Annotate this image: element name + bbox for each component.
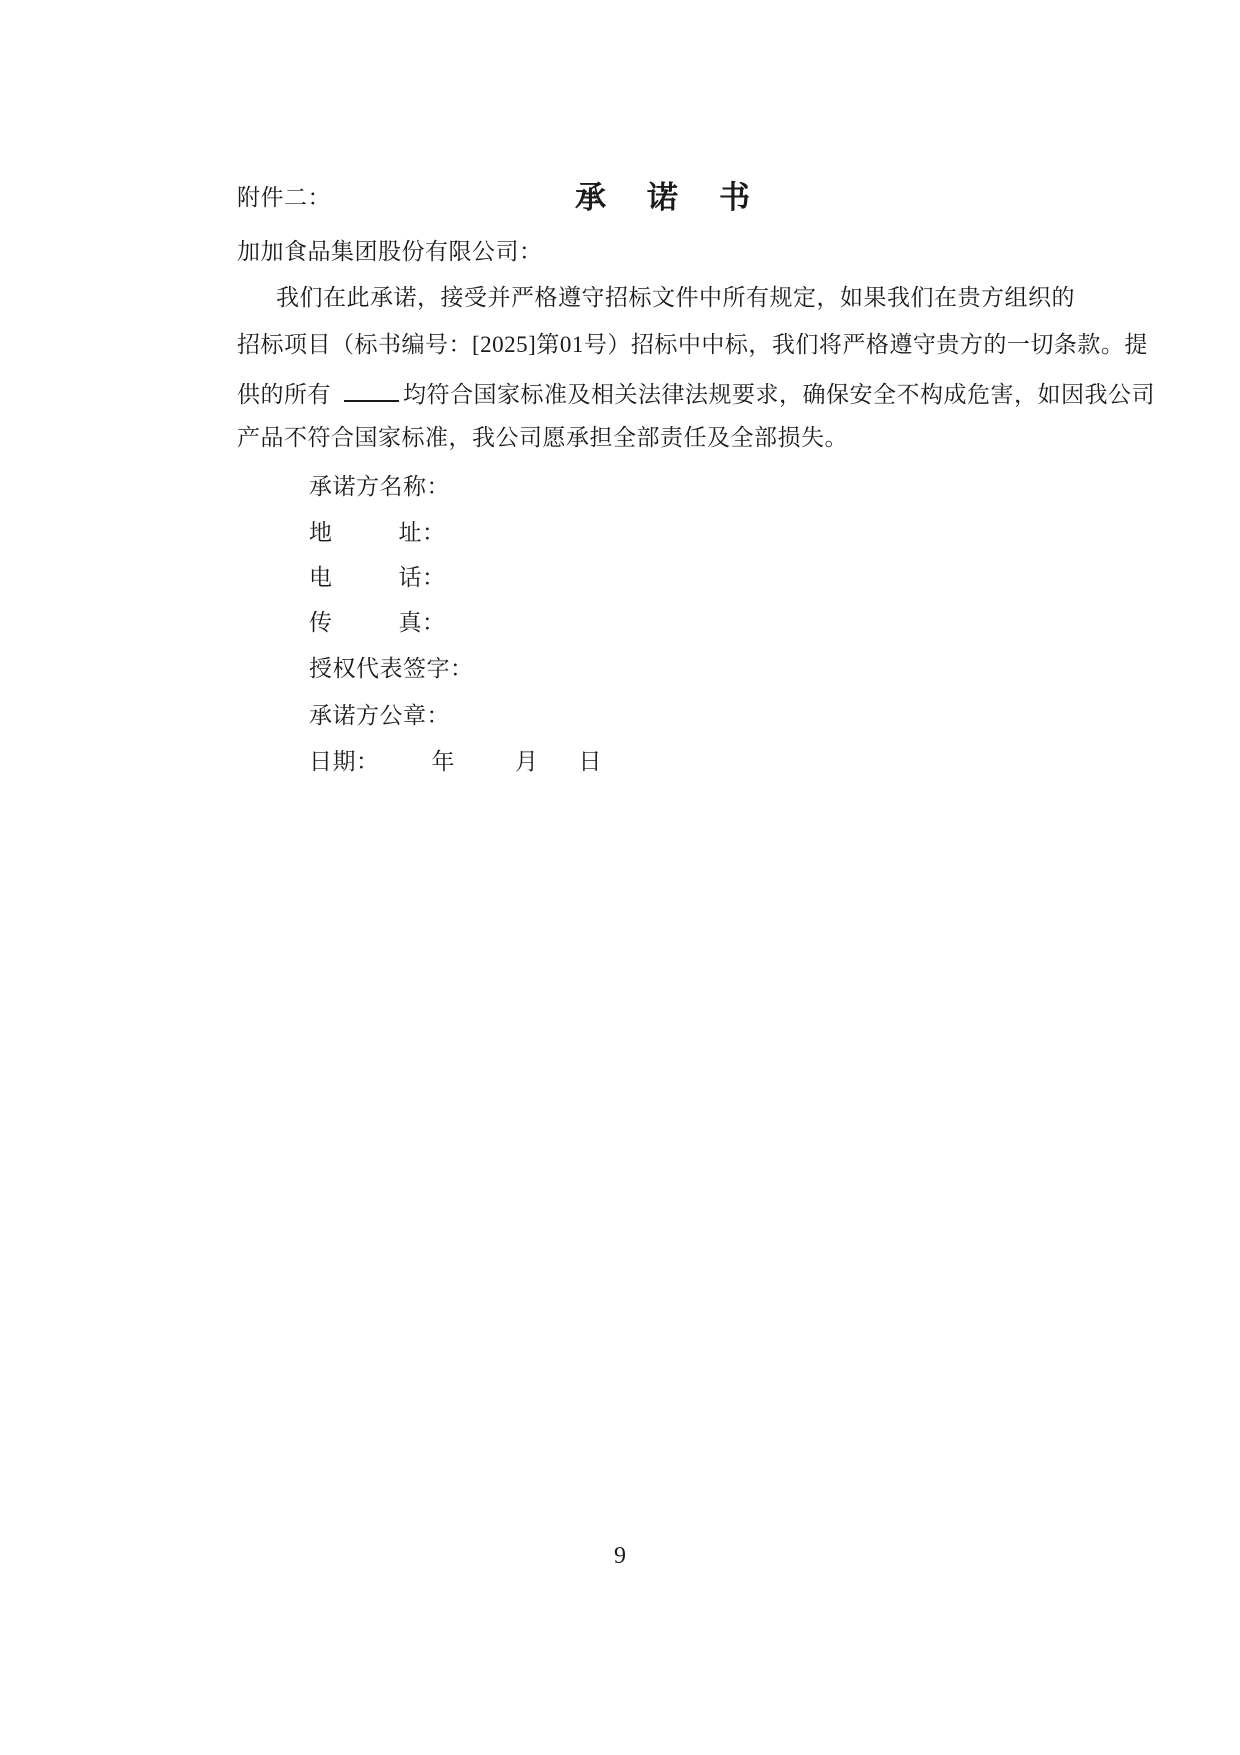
field-phone-label-post: 话： (399, 565, 446, 590)
field-fax-label-post: 真： (399, 610, 446, 635)
fill-in-blank-underline (344, 377, 399, 402)
field-phone-label-pre: 电 (309, 565, 333, 590)
date-day-label: 日 (579, 749, 603, 774)
field-fax-label-pre: 传 (309, 610, 333, 635)
date-label: 日期： (309, 749, 380, 774)
document-page: 附件二： 承诺书 加加食品集团股份有限公司： 我们在此承诺，接受并严格遵守招标文… (0, 0, 1240, 1755)
paragraph-line-3-after: 均符合国家标准及相关法律法规要求，确保安全不构成危害，如因我公司 (403, 382, 1155, 407)
paragraph-line-3-before: 供的所有 (237, 382, 331, 407)
date-year-label: 年 (432, 749, 456, 774)
field-address-label: 地址： (309, 518, 446, 548)
field-address-label-pre: 地 (309, 520, 333, 545)
field-fax-label: 传真： (309, 608, 446, 638)
field-date-row: 日期：年月日 (309, 747, 602, 777)
field-phone-label: 电话： (309, 563, 446, 593)
recipient-line: 加加食品集团股份有限公司： (237, 237, 543, 267)
paragraph-line-3: 供的所有均符合国家标准及相关法律法规要求，确保安全不构成危害，如因我公司 (237, 377, 1155, 410)
field-address-label-post: 址： (399, 520, 446, 545)
field-official-seal-label: 承诺方公章： (309, 701, 450, 731)
document-title: 承诺书 (575, 172, 791, 217)
field-promisor-name-label: 承诺方名称： (309, 472, 450, 502)
page-number: 9 (0, 1543, 1240, 1570)
field-authorized-signature-label: 授权代表签字： (309, 654, 474, 684)
attachment-label: 附件二： (237, 183, 331, 213)
paragraph-line-1: 我们在此承诺，接受并严格遵守招标文件中所有规定，如果我们在贵方组织的 (276, 283, 1075, 313)
paragraph-line-2: 招标项目（标书编号：[2025]第01号）招标中中标，我们将严格遵守贵方的一切条… (237, 330, 1148, 360)
paragraph-line-4: 产品不符合国家标准，我公司愿承担全部责任及全部损失。 (237, 423, 848, 453)
date-month-label: 月 (515, 749, 539, 774)
